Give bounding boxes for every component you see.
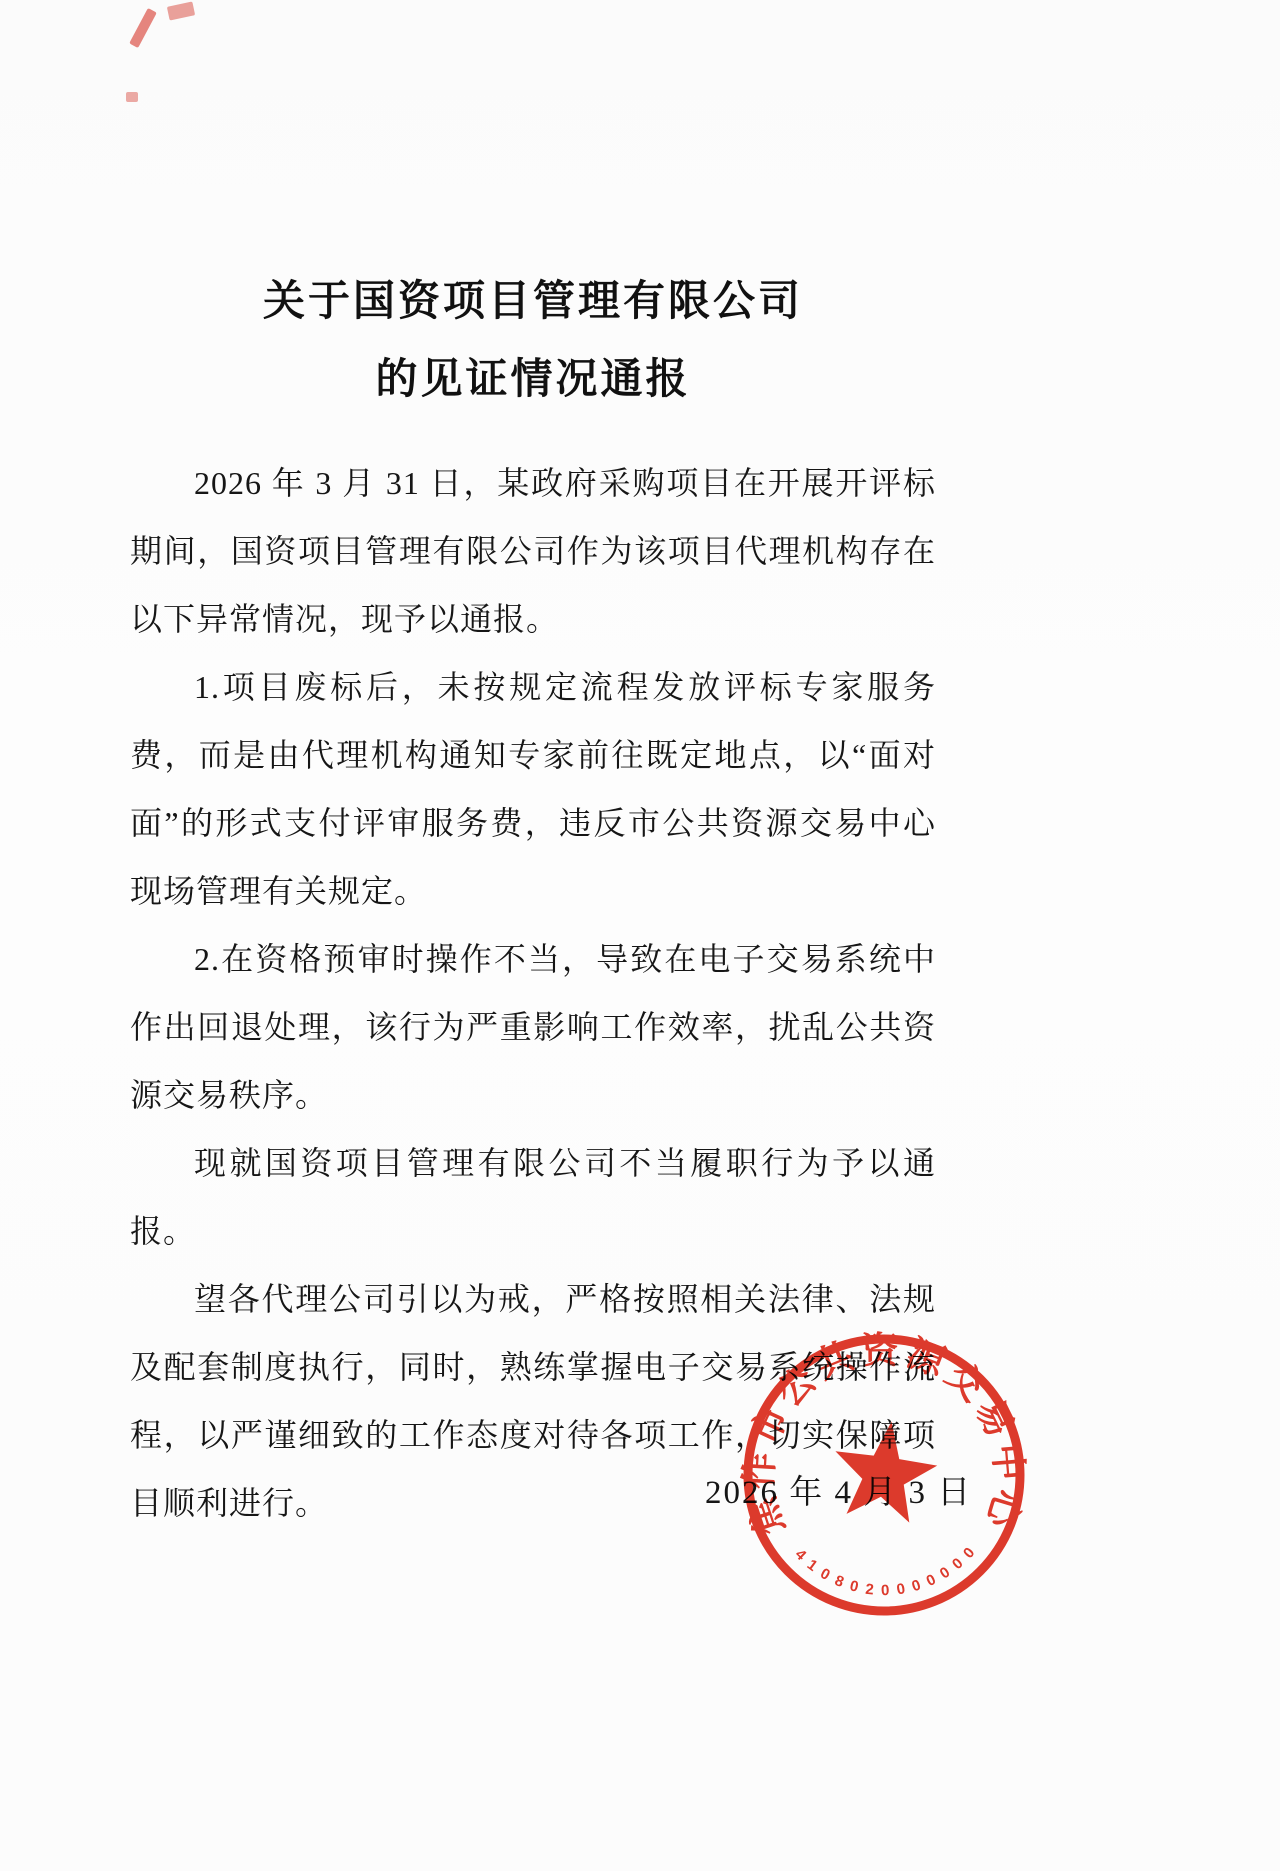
paragraph-item-1: 1.项目废标后，未按规定流程发放评标专家服务费，而是由代理机构通知专家前往既定地… [130,653,936,925]
title-line-1: 关于国资项目管理有限公司 [130,262,936,340]
official-seal: 焦作市公共资源交易中心 4108020000000 [737,1328,1031,1622]
red-ink-artifact [126,92,138,102]
paragraph-item-2: 2.在资格预审时操作不当，导致在电子交易系统中作出回退处理，该行为严重影响工作效… [130,925,936,1129]
seal-arc-text: 焦作市公共资源交易中心 [738,1330,1030,1541]
document-title: 关于国资项目管理有限公司 的见证情况通报 [130,262,936,418]
red-ink-artifact [129,8,157,48]
red-ink-artifact [167,1,195,20]
document-page: 关于国资项目管理有限公司 的见证情况通报 2026 年 3 月 31 日，某政府… [0,0,1280,1871]
paragraph-intro: 2026 年 3 月 31 日，某政府采购项目在开展开评标期间，国资项目管理有限… [130,449,936,653]
seal-star-icon [827,1414,942,1525]
title-line-2: 的见证情况通报 [130,340,936,418]
paragraph-statement: 现就国资项目管理有限公司不当履职行为予以通报。 [130,1129,936,1265]
